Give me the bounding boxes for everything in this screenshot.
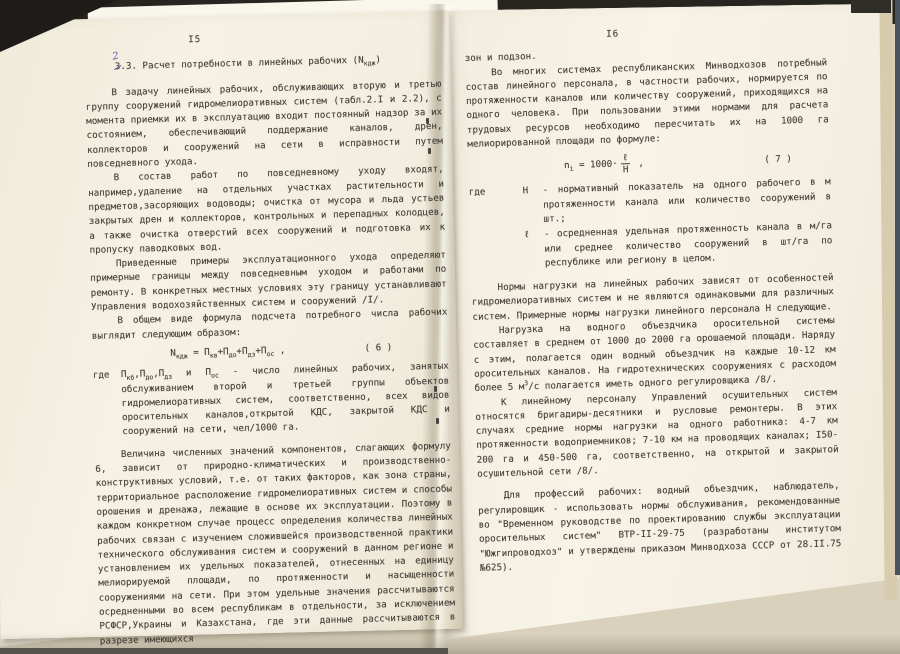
where-clause: где Пкб,Пдо,Пдз и Пос - число линейных р… [93,360,451,441]
struck-digit: 3 [115,60,121,74]
where-entry: ℓ - осредненная удельная протяженность к… [524,219,833,271]
paragraph: В состав работ по повседневному уходу вх… [88,163,446,258]
formula-7-number: ( 7 ) [764,152,792,167]
paragraph: В задачу линейных рабочих, обслуживающих… [85,77,443,172]
photo-dark-notch [851,0,891,13]
formula-6: Nкдж = Пкв+Пдо+Пдз+Пос , ( 6 ) [92,340,448,364]
formula-7-body: ni = 1000·ℓН, [564,152,644,177]
where-clause: где Н - нормативный показатель на одного… [469,176,833,274]
symbol: Н [523,184,544,227]
formula-7: ni = 1000·ℓН, ( 7 ) [468,147,831,181]
handwritten-correction: 2 3 [115,60,121,74]
paragraph: Во многих системах республиканских Минво… [465,56,829,152]
book-photo: I5 2 3 .3. Расчет потребности в линейных… [0,0,900,654]
section-heading: 2 3 .3. Расчет потребности в линейных ра… [115,52,441,75]
where-definition: Пкб,Пдо,Пдз и Пос - число линейных рабоч… [121,360,451,440]
paragraph: Приведенные примеры эксплуатационного ух… [90,249,447,315]
symbol-definition: - осредненная удельная протяженность кан… [544,219,833,270]
photo-dark-right-edge [895,0,900,575]
where-label: где [469,185,526,274]
paragraph: К линейному персоналу Управлений осушите… [475,386,839,482]
formula-6-body: Nкдж = Пкв+Пдо+Пдз+Пос , [170,344,285,361]
symbol: ℓ [524,228,545,271]
paragraph: Для профессий рабочих: водный объездчик,… [478,479,842,575]
where-entry: Н - нормативный показатель на одного раб… [523,176,832,228]
formula-6-number: ( 6 ) [364,341,392,356]
page-15-content: I5 2 3 .3. Расчет потребности в линейных… [84,27,456,649]
fraction: ℓН [620,153,630,176]
paragraph: Нагрузка на водного объездчика ороситель… [473,314,837,396]
symbol-definition: - нормативный показатель на одного рабоч… [543,176,832,227]
heading-text: .3. Расчет потребности в линейных рабочи… [120,55,381,73]
paragraph: Величина численных значений компонентов,… [95,439,456,648]
where-label: где [93,368,123,440]
page-16-content: I6 зон и подзон. Во многих системах респ… [464,21,842,576]
photo-dark-bottom-edge [0,648,448,654]
